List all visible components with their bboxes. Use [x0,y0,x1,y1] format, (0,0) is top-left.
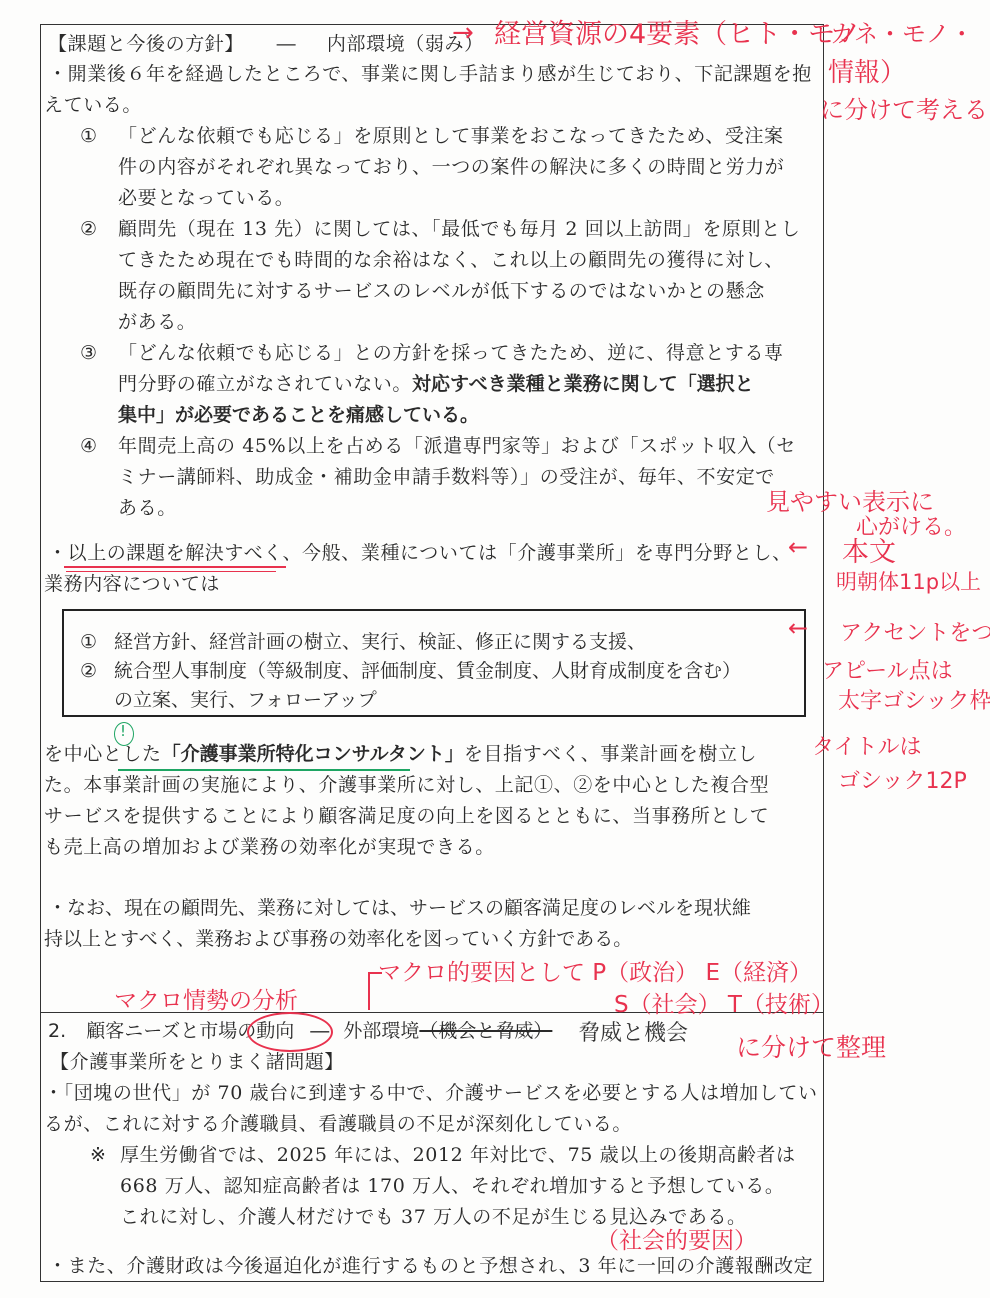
annotation-arrow-top: → [452,18,474,48]
section2-circled: 外部環境 [343,1020,419,1042]
annotation-accent: アクセントをつける [840,616,990,647]
heading-left: 【課題と今後の方針】 [48,33,244,55]
accent-item-1-text: 経営方針、経営計画の樹立、実行、検証、修正に関する支援、 [114,631,646,653]
issue-4-line-3: ある。 [118,496,177,520]
issue-2-line-1: 顧問先（現在 13 先）に関しては、「最低でも毎月 2 回以上訪問」を原則とし [118,217,800,241]
annotation-social-factor: （社会的要因） [596,1222,757,1255]
section2-subheading: 【介護事業所をとりまく諸問題】 [50,1050,344,1074]
annotation-appeal-2: 太字ゴシック枠 [838,684,990,715]
issue-3-line-2-plain: 門分野の確立がなされていない。 [118,373,412,395]
annotation-body-text: 本文 [842,530,896,569]
heading-dash: ― [277,33,297,55]
annotation-pest-1: マクロ的要因として P（政治） E（経済） [378,954,812,987]
note-line-1: 厚生労働省では、2025 年には、2012 年対比で、75 歳以上の後期高齢者は [120,1143,796,1167]
green-underline-mark [118,769,410,771]
annotation-resources: 経営資源の4要素（ヒト・モノ [494,12,862,51]
issue-3-bold-line: 集中」が必要であることを痛感している。 [118,403,479,427]
issue-4-marker: ④ [80,434,98,458]
red-circle-mark [247,1012,333,1052]
plan-line-2: た。本事業計画の実施により、介護事業所に対し、上記①、②を中心とした複合型 [44,773,769,797]
note-line-2: 668 万人、認知症高齢者は 170 万人、それぞれ増加すると予想している。 [120,1174,784,1198]
plan-bold-quote: 「介護事業所特化コンサルタント」 [162,743,464,765]
section2-para2: ・また、介護財政は今後逼迫化が進行するものと予想され、3 年に一回の介護報酬改定 [48,1254,813,1278]
plan-prefix: を中心とした [44,743,162,765]
section1-heading: 【課題と今後の方針】 ― 内部環境（弱み） [48,32,484,56]
section2-para1-line1: ・「団塊の世代」が 70 歳台に到達する中で、介護サービスを必要とする人は増加し… [44,1081,818,1105]
annotation-title-1: タイトルは [812,730,922,761]
plan-line-1: を中心とした「介護事業所特化コンサルタント」を目指すべく、事業計画を樹立し [44,742,757,766]
issue-3-line-1: 「どんな依頼でも応じる」との方針を採ってきたため、逆に、得意とする専 [118,341,784,365]
issue-3-marker: ③ [80,341,98,365]
section2-para1-line2: るが、これに対する介護職員、看護職員の不足が深刻化している。 [44,1112,632,1136]
resolve-rest: 、今般、業種については「介護事業所」を専門分野とし、 [282,542,791,564]
issue-1-marker: ① [80,124,98,148]
annotation-pest-2: S（社会） T（技術） [614,986,834,1019]
issue-3-bold-tail: 対応すべき業種と業務に関して「選択と [412,373,754,395]
issue-2-line-2: てきたため現在でも時間的な余裕はなく、これ以上の顧問先の獲得に対し、 [118,248,784,272]
accent-item-1-marker: ① [80,630,114,654]
section2-struck: （機会と脅威） [419,1020,552,1042]
annotation-divide: に分けて考える [820,90,988,125]
annotation-threat-opportunity: 脅威と機会 [578,1016,688,1047]
annotation-resources-b: カネ・モノ・ [830,14,974,49]
accent-item-2-text: 統合型人事制度（等級制度、評価制度、賃金制度、人財育成制度を含む） [114,660,741,682]
resolve-line-1: ・以上の課題を解決すべく、今般、業種については「介護事業所」を専門分野とし、 [48,541,792,565]
closing-line-1: ・なお、現在の顧問先、業務に対しては、サービスの顧客満足度のレベルを現状維 [48,896,751,920]
annotation-mincho: 明朝体11p以上 [836,566,981,596]
accent-continuation: の立案、実行、フォローアップ [114,688,377,712]
annotation-arrow-body: ← [788,533,808,561]
plan-line-3: サービスを提供することにより顧客満足度の向上を図るとともに、当事務所として [44,804,769,828]
closing-line-2: 持以上とすべく、業務および事務の効率化を図っていく方針である。 [44,927,632,951]
note-marker: ※ [90,1143,107,1167]
intro-line-1: ・開業後６年を経過したところで、事業に関し手詰まり感が生じており、下記課題を抱 [48,62,812,86]
green-exclaim-mark: ! [120,722,126,740]
section2-number: 2. [48,1020,66,1042]
intro-line-2: えている。 [44,93,142,117]
issue-2-marker: ② [80,217,98,241]
issue-1-line-3: 必要となっている。 [118,186,294,210]
red-underline-mark [64,566,286,568]
issue-4-line-1: 年間売上高の 45%以上を占める「派遣専門家等」および「スポット収入（セ [118,434,796,458]
resolve-bullet: ・ [48,542,68,564]
accent-item-2-marker: ② [80,659,114,683]
issue-3-line-2: 門分野の確立がなされていない。対応すべき業種と業務に関して「選択と [118,372,754,396]
resolve-underlined: 以上の課題を解決すべく [68,542,283,564]
plan-line-4: も売上高の増加および業務の効率化が実現できる。 [44,835,495,859]
annotation-pest-3: に分けて整理 [736,1028,886,1064]
annotation-arrow-accent: ← [788,614,808,642]
annotation-title-2: ゴシック12P [838,764,967,795]
annotation-appeal-1: アピール点は [822,654,953,685]
annotation-macro-analysis: マクロ情勢の分析 [114,982,298,1015]
issue-2-line-4: がある。 [118,310,196,334]
issue-4-line-2: ミナー講師料、助成金・補助金申請手数料等）」の受注が、毎年、不安定で [118,465,775,489]
issue-2-line-3: 既存の顧問先に対するサービスのレベルが低下するのではないかとの懸念 [118,279,765,303]
annotation-info: 情報） [828,52,906,89]
accent-item-1: ①経営方針、経営計画の樹立、実行、検証、修正に関する支援、 [80,630,646,654]
resolve-line-2: 業務内容については [44,572,220,596]
plan-suffix: を目指すべく、事業計画を樹立し [464,743,757,765]
issue-1-line-1: 「どんな依頼でも応じる」を原則として事業をおこなってきたため、受注案 [118,124,784,148]
issue-1-line-2: 件の内容がそれぞれ異なっており、一つの案件の解決に多くの時間と労力が [118,155,784,179]
accent-item-2: ②統合型人事制度（等級制度、評価制度、賃金制度、人財育成制度を含む） [80,659,741,683]
